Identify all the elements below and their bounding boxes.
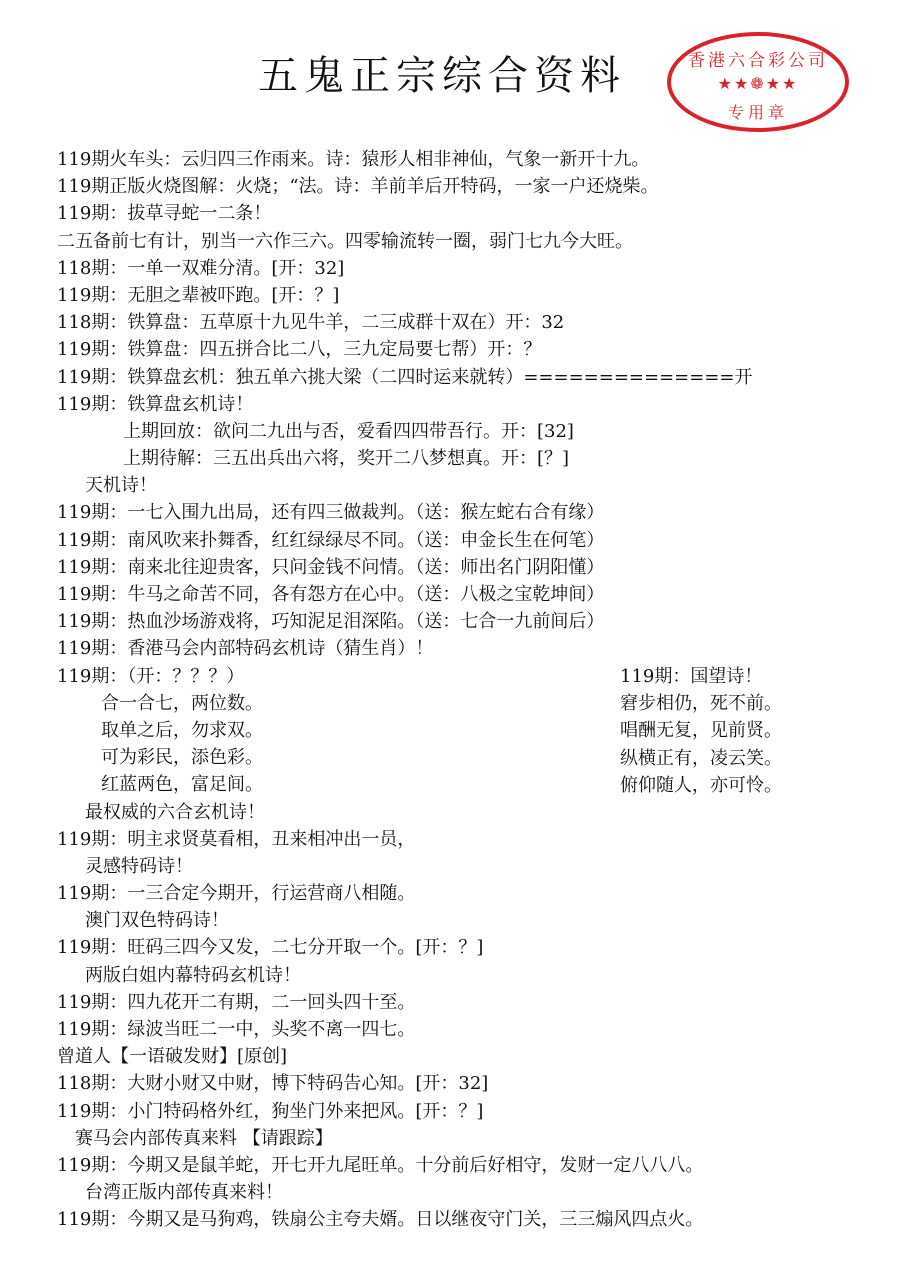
text-line: 119期正版火烧图解：火烧；“法。诗：羊前羊后开特码，一家一户还烧柴。: [57, 173, 877, 200]
guowang-poem: 119期：国望诗！ 窘步相仍，死不前。 唱酬无复，见前贤。 纵横正有，凌云笑。 …: [620, 663, 782, 799]
text-line: 119期：一三合定今期开，行运营商八相随。: [57, 880, 877, 907]
text-line: 119期：今期又是鼠羊蛇，开七开九尾旺单。十分前后好相守，发财一定八八八。: [57, 1152, 877, 1179]
text-line: 119期：旺码三四今又发，二七分开取一个。[开：？]: [57, 934, 877, 961]
text-line: 119期：南风吹来扑舞香，红红绿绿尽不同。（送：申金长生在何笔）: [57, 527, 877, 554]
text-line: 119期：绿波当旺二一中，头奖不离一四七。: [57, 1016, 877, 1043]
text-line: 118期：大财小财又中财，博下特码告心知。[开：32]: [57, 1070, 877, 1097]
text-line: 119期：四九花开二有期，二一回头四十至。: [57, 989, 877, 1016]
text-line: 119期：明主求贤莫看相，丑来相冲出一员，: [57, 826, 877, 853]
text-line: 赛马会内部传真来料 【请跟踪】: [57, 1125, 877, 1152]
stamp-top-text: 香港六合彩公司: [671, 46, 845, 71]
text-line: 曾道人【一语破发财】[原创]: [57, 1043, 877, 1070]
guowang-poem-line: 纵横正有，凌云笑。: [620, 745, 782, 772]
text-line: 118期：一单一双难分清。[开：32]: [57, 255, 877, 282]
text-line: 119期：铁算盘玄机诗！: [57, 391, 877, 418]
text-line: 两版白姐内幕特码玄机诗！: [57, 962, 877, 989]
text-line: 119期：小门特码格外红，狗坐门外来把风。[开：？]: [57, 1098, 877, 1125]
company-seal-stamp: 香港六合彩公司 ★★❁★★ 专用章: [667, 32, 849, 132]
stamp-bottom-text: 专用章: [671, 100, 845, 123]
text-line: 上期回放：欲问二九出与否，爱看四四带吾行。开：[32]: [57, 418, 877, 445]
text-line: 灵感特码诗！: [57, 853, 877, 880]
guowang-poem-title: 119期：国望诗！: [620, 663, 782, 690]
text-line: 119期：铁算盘：四五拼合比二八，三九定局要七帮）开：？: [57, 336, 877, 363]
stamp-stars-icon: ★★❁★★: [671, 74, 845, 93]
text-line: 台湾正版内部传真来料！: [57, 1179, 877, 1206]
page-title: 五鬼正宗综合资料: [258, 44, 626, 101]
text-line: 119期：南来北往迎贵客，只问金钱不问情。（送：师出名门阴阳懂）: [57, 554, 877, 581]
text-line: 天机诗！: [57, 472, 877, 499]
guowang-poem-line: 窘步相仍，死不前。: [620, 690, 782, 717]
text-line: 119期：牛马之命苦不同，各有怨方在心中。（送：八极之宝乾坤间）: [57, 581, 877, 608]
text-line: 119期火车头：云归四三作雨来。诗：猿形人相非神仙，气象一新开十九。: [57, 146, 877, 173]
text-line: 119期：今期又是马狗鸡，铁扇公主夸夫婿。日以继夜守门关，三三煽风四点火。: [57, 1206, 877, 1233]
guowang-poem-line: 俯仰随人，亦可怜。: [620, 772, 782, 799]
text-line: 119期：一七入围九出局，还有四三做裁判。（送：猴左蛇右合有缘）: [57, 499, 877, 526]
text-line: 上期待解：三五出兵出六将，奖开二八梦想真。开：[？]: [57, 445, 877, 472]
text-line: 119期：无胆之辈被吓跑。[开：？]: [57, 282, 877, 309]
guowang-poem-line: 唱酬无复，见前贤。: [620, 717, 782, 744]
text-line: 119期：铁算盘玄机：独五单六挑大梁（二四时运来就转）=============…: [57, 364, 877, 391]
text-line: 最权威的六合玄机诗！: [57, 799, 877, 826]
text-line: 119期：热血沙场游戏将，巧知泥足泪深陷。（送：七合一九前间后）: [57, 608, 877, 635]
text-line: 澳门双色特码诗！: [57, 907, 877, 934]
text-line: 二五备前七有计，别当一六作三六。四零输流转一圈，弱门七九今大旺。: [57, 228, 877, 255]
text-line: 118期：铁算盘：五草原十九见牛羊，二三成群十双在）开：32: [57, 309, 877, 336]
text-line: 119期：香港马会内部特码玄机诗（猜生肖）！: [57, 635, 877, 662]
text-line: 119期：拔草寻蛇一二条！: [57, 200, 877, 227]
